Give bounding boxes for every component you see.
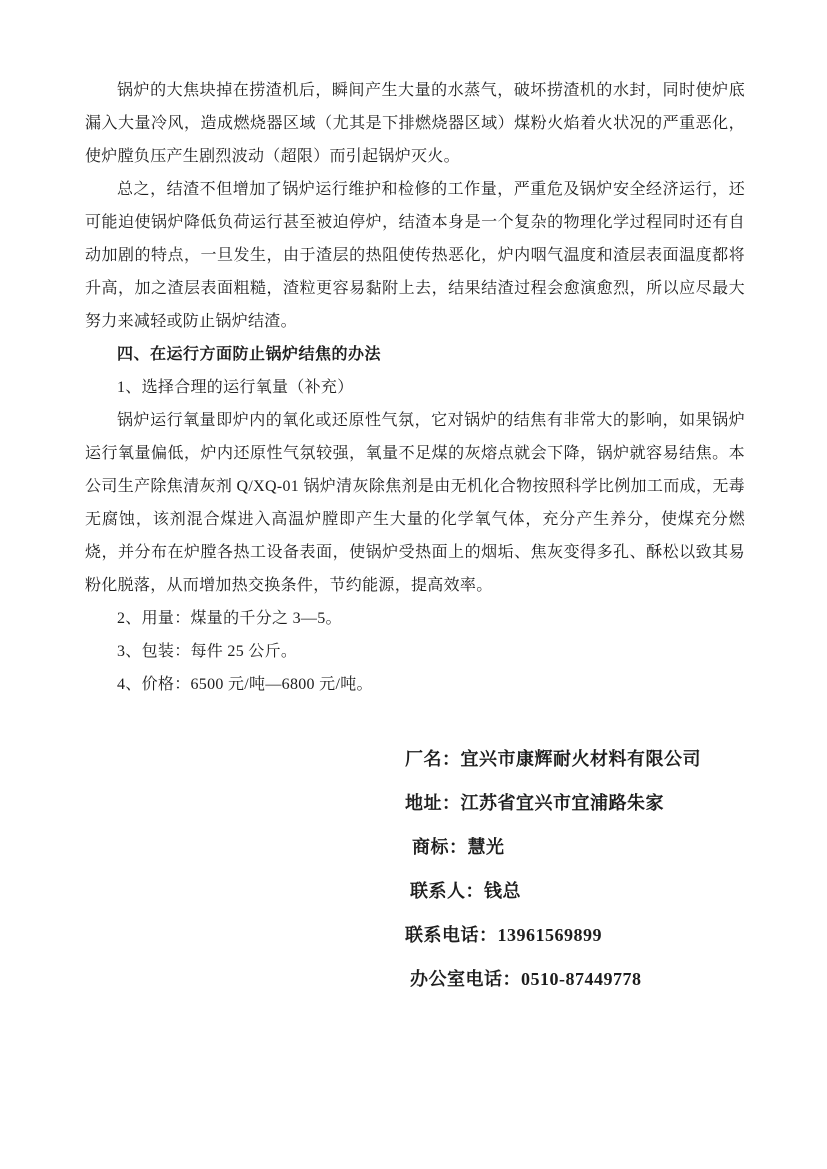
list-item-price: 4、价格：6500 元/吨—6800 元/吨。 — [85, 668, 745, 701]
contact-line-contact-person: 联系人：钱总 — [405, 869, 745, 913]
contact-line-factory-name: 厂名：宜兴市康辉耐火材料有限公司 — [405, 737, 745, 781]
list-item-packaging: 3、包装：每件 25 公斤。 — [85, 635, 745, 668]
contact-line-office-phone: 办公室电话：0510-87449778 — [405, 957, 745, 1001]
list-item-dosage: 2、用量：煤量的千分之 3—5。 — [85, 602, 745, 635]
paragraph-slag-falling: 锅炉的大焦块掉在捞渣机后，瞬间产生大量的水蒸气，破坏捞渣机的水封，同时使炉底漏入… — [85, 74, 745, 173]
paragraph-oxygen-detail: 锅炉运行氧量即炉内的氧化或还原性气氛，它对锅炉的结焦有非常大的影响，如果锅炉运行… — [85, 404, 745, 602]
contact-block: 厂名：宜兴市康辉耐火材料有限公司 地址：江苏省宜兴市宜浦路朱家 商标：慧光 联系… — [405, 737, 745, 1001]
contact-line-trademark: 商标：慧光 — [405, 825, 745, 869]
section-heading-prevention-methods: 四、在运行方面防止锅炉结焦的办法 — [85, 338, 745, 371]
contact-line-address: 地址：江苏省宜兴市宜浦路朱家 — [405, 781, 745, 825]
contact-line-phone: 联系电话：13961569899 — [405, 913, 745, 957]
document-page: 锅炉的大焦块掉在捞渣机后，瞬间产生大量的水蒸气，破坏捞渣机的水封，同时使炉底漏入… — [0, 0, 827, 1169]
paragraph-slag-summary: 总之，结渣不但增加了锅炉运行维护和检修的工作量，严重危及锅炉安全经济运行，还可能… — [85, 173, 745, 338]
document-content: 锅炉的大焦块掉在捞渣机后，瞬间产生大量的水蒸气，破坏捞渣机的水封，同时使炉底漏入… — [85, 74, 745, 1001]
list-item-oxygen-choice: 1、选择合理的运行氧量（补充） — [85, 371, 745, 404]
